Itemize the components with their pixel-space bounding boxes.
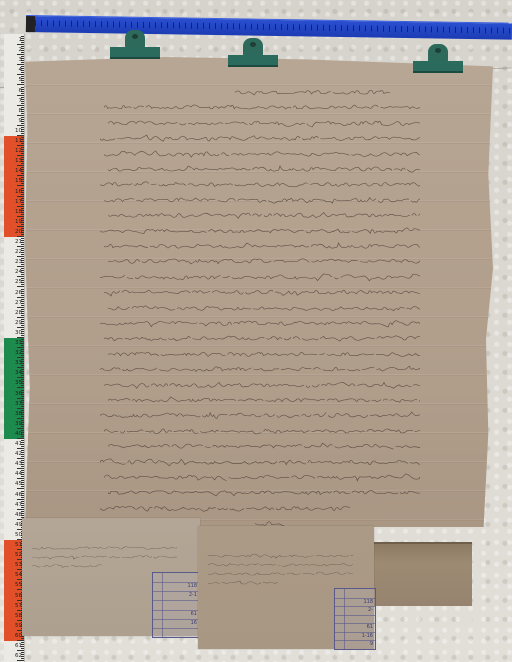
- manuscript-line: [108, 298, 420, 307]
- ruler-number: 3: [5, 57, 22, 63]
- ruler-number: 30: [5, 330, 22, 336]
- ruler-tick: [17, 125, 24, 126]
- ruler-tick: [17, 509, 24, 510]
- ruler-number: 39: [5, 421, 22, 427]
- ruler-number: 33: [5, 360, 22, 366]
- ruler-tick: [17, 418, 24, 419]
- ruler-number: 52: [5, 552, 22, 558]
- rolled-paper: [372, 542, 472, 606]
- ruler-tick: [17, 105, 24, 106]
- ruler-tick: [17, 64, 24, 65]
- ruler-tick: [17, 640, 24, 641]
- ruler-number: 62: [5, 653, 22, 659]
- ruler-number: 6: [5, 88, 22, 94]
- manuscript-line: [108, 482, 420, 491]
- signature-mark: [463, 522, 471, 531]
- ruler-number: 53: [5, 562, 22, 568]
- manuscript-line: [100, 452, 420, 461]
- clip-lever: [428, 44, 448, 62]
- ruler-tick: [17, 448, 24, 449]
- ruler-tick: [17, 337, 24, 338]
- ruler-tick: [17, 84, 24, 85]
- ruler-number: 58: [5, 613, 22, 619]
- manuscript-line: [235, 82, 390, 91]
- manuscript-line: [100, 128, 420, 137]
- ruler-tick: [17, 266, 24, 267]
- ruler-tick: [17, 145, 24, 146]
- ruler-tick: [17, 660, 24, 661]
- manuscript-line: [255, 513, 285, 522]
- ruler-number: 20: [5, 229, 22, 235]
- manuscript-line: [108, 205, 420, 214]
- manuscript-line: [104, 190, 420, 199]
- clip-hole: [250, 42, 256, 47]
- manuscript-line: [104, 328, 420, 337]
- ruler-number: 23: [5, 259, 22, 265]
- manuscript-line: [108, 113, 420, 122]
- manuscript-line: [104, 236, 420, 245]
- ruler-number: 45: [5, 481, 22, 487]
- ruler-tick: [17, 256, 24, 257]
- manuscript-line: [108, 251, 420, 260]
- ruler-tick: [17, 165, 24, 166]
- ruler-number: 55: [5, 582, 22, 588]
- ruler-tick: [17, 408, 24, 409]
- manuscript-line: [100, 267, 420, 276]
- manuscript-line: [108, 390, 420, 399]
- ruler-tick: [17, 438, 24, 439]
- ruler-number: 16: [5, 189, 22, 195]
- ruler-number: 37: [5, 401, 22, 407]
- manuscript-line: [104, 375, 420, 384]
- top-measuring-tape: [26, 15, 512, 40]
- ruler-tick: [17, 135, 24, 136]
- ruler-tick: [17, 377, 24, 378]
- ruler-tick: [17, 196, 24, 197]
- clip-jaw: [228, 55, 278, 67]
- ruler-tick: [17, 367, 24, 368]
- ruler-number: 60: [5, 633, 22, 639]
- catalogue-slip-left: 1182-16116: [22, 518, 200, 636]
- ruler-number: 10: [5, 128, 22, 134]
- ruler-number: 59: [5, 623, 22, 629]
- manuscript-line: [100, 221, 420, 230]
- manuscript-line: [108, 159, 420, 168]
- ruler-number: 50: [5, 532, 22, 538]
- ruler-number: 28: [5, 310, 22, 316]
- ruler-tick: [17, 307, 24, 308]
- slip-text-line: [208, 562, 353, 568]
- ruler-number: 19: [5, 219, 22, 225]
- ruler-number: 9: [5, 118, 22, 124]
- ruler-tick: [17, 317, 24, 318]
- clip-hole: [435, 48, 441, 53]
- ruler-number: 49: [5, 522, 22, 528]
- slip-text-line: [208, 553, 353, 559]
- ruler-tick: [17, 327, 24, 328]
- manuscript-sheet: [25, 57, 493, 527]
- catalogue-slip-right: 1182-611-169: [198, 526, 374, 649]
- ruler-tick: [17, 650, 24, 651]
- ruler-number: 21: [5, 239, 22, 245]
- ruler-tick: [17, 357, 24, 358]
- clip-lever: [243, 38, 263, 56]
- ruler-tick: [17, 155, 24, 156]
- manuscript-line: [104, 421, 420, 430]
- ruler-number: 27: [5, 300, 22, 306]
- ruler-number: 15: [5, 178, 22, 184]
- ruler-tick: [17, 95, 24, 96]
- ruler-tick: [17, 398, 24, 399]
- ruler-tick: [17, 246, 24, 247]
- ruler-number: 46: [5, 492, 22, 498]
- clip-lever: [125, 30, 145, 48]
- ruler-number: 56: [5, 593, 22, 599]
- slip-text-line: [208, 571, 278, 577]
- clip-jaw: [110, 47, 160, 59]
- ruler-number: 47: [5, 502, 22, 508]
- manuscript-line: [104, 144, 420, 153]
- ruler-number: 44: [5, 471, 22, 477]
- ruler-number: 7: [5, 98, 22, 104]
- clip-jaw: [413, 61, 463, 73]
- ruler-number: 41: [5, 441, 22, 447]
- manuscript-line: [100, 174, 420, 183]
- clip-center-icon: [228, 38, 278, 72]
- ruler-number: 25: [5, 279, 22, 285]
- archive-stamp: 1182-16116: [152, 572, 200, 638]
- ruler-tick: [17, 206, 24, 207]
- ruler-number: 57: [5, 603, 22, 609]
- ruler-number: 43: [5, 461, 22, 467]
- ruler-number: 17: [5, 199, 22, 205]
- slip-text-line: [32, 536, 177, 542]
- ruler-tick: [17, 499, 24, 500]
- manuscript-line: [104, 282, 420, 291]
- ruler-tick: [17, 286, 24, 287]
- ruler-tick: [17, 478, 24, 479]
- ruler-number: 1: [5, 37, 22, 43]
- ruler-number: 22: [5, 249, 22, 255]
- ruler-number: 12: [5, 148, 22, 154]
- ruler-number: 42: [5, 451, 22, 457]
- ruler-tick: [17, 347, 24, 348]
- ruler-number: 8: [5, 108, 22, 114]
- ruler-tick: [17, 226, 24, 227]
- slip-text-line: [32, 554, 102, 560]
- ruler-number: 40: [5, 431, 22, 437]
- slip-text-line: [32, 545, 177, 551]
- ruler-number: 31: [5, 340, 22, 346]
- ruler-tick: [17, 175, 24, 176]
- manuscript-line: [108, 436, 420, 445]
- manuscript-line: [100, 313, 420, 322]
- ruler-tick: [17, 488, 24, 489]
- ruler-number: 29: [5, 320, 22, 326]
- ruler-number: 13: [5, 158, 22, 164]
- clip-hole: [132, 34, 138, 39]
- stamp-cell: [153, 628, 199, 638]
- ruler-number: 54: [5, 572, 22, 578]
- manuscript-line: [100, 405, 420, 414]
- manuscript-line: [104, 97, 420, 106]
- clip-right-icon: [413, 44, 463, 78]
- ruler-number: 5: [5, 77, 22, 83]
- ruler-number: 24: [5, 269, 22, 275]
- ruler-tick: [17, 297, 24, 298]
- tape-ticks: [35, 20, 512, 33]
- ruler-tick: [17, 458, 24, 459]
- ruler-number: 38: [5, 411, 22, 417]
- slip-text-line: [208, 544, 353, 550]
- ruler-number: 11: [5, 138, 22, 144]
- manuscript-line: [100, 359, 420, 368]
- ruler-number: 32: [5, 350, 22, 356]
- ruler-number: 51: [5, 542, 22, 548]
- ruler-number: 2: [5, 47, 22, 53]
- manuscript-line: [100, 498, 350, 507]
- manuscript-line: [104, 467, 420, 476]
- ruler-tick: [17, 54, 24, 55]
- clip-left-icon: [110, 30, 160, 64]
- ruler-number: 34: [5, 370, 22, 376]
- ruler-tick: [17, 115, 24, 116]
- ruler-tick: [17, 74, 24, 75]
- archive-stamp: 1182-611-169: [334, 588, 376, 650]
- ruler-tick: [17, 468, 24, 469]
- ruler-tick: [17, 387, 24, 388]
- ruler-number: 36: [5, 391, 22, 397]
- ruler-number: 26: [5, 290, 22, 296]
- ruler-number: 18: [5, 209, 22, 215]
- ruler-tick: [17, 44, 24, 45]
- ruler-tick: [17, 216, 24, 217]
- stamp-cell: 9: [335, 640, 375, 650]
- ruler-number: 4: [5, 67, 22, 73]
- stamp-cell: [335, 589, 375, 598]
- ruler-tick: [17, 236, 24, 237]
- ruler-tick: [17, 276, 24, 277]
- ruler-number: 35: [5, 380, 22, 386]
- ruler-number: 14: [5, 168, 22, 174]
- manuscript-line: [108, 344, 420, 353]
- tape-end-cap: [26, 16, 35, 32]
- ruler-number: 48: [5, 512, 22, 518]
- stamp-cell: [153, 573, 199, 582]
- ruler-tick: [17, 428, 24, 429]
- ruler-tick: [17, 185, 24, 186]
- ruler-number: 61: [5, 643, 22, 649]
